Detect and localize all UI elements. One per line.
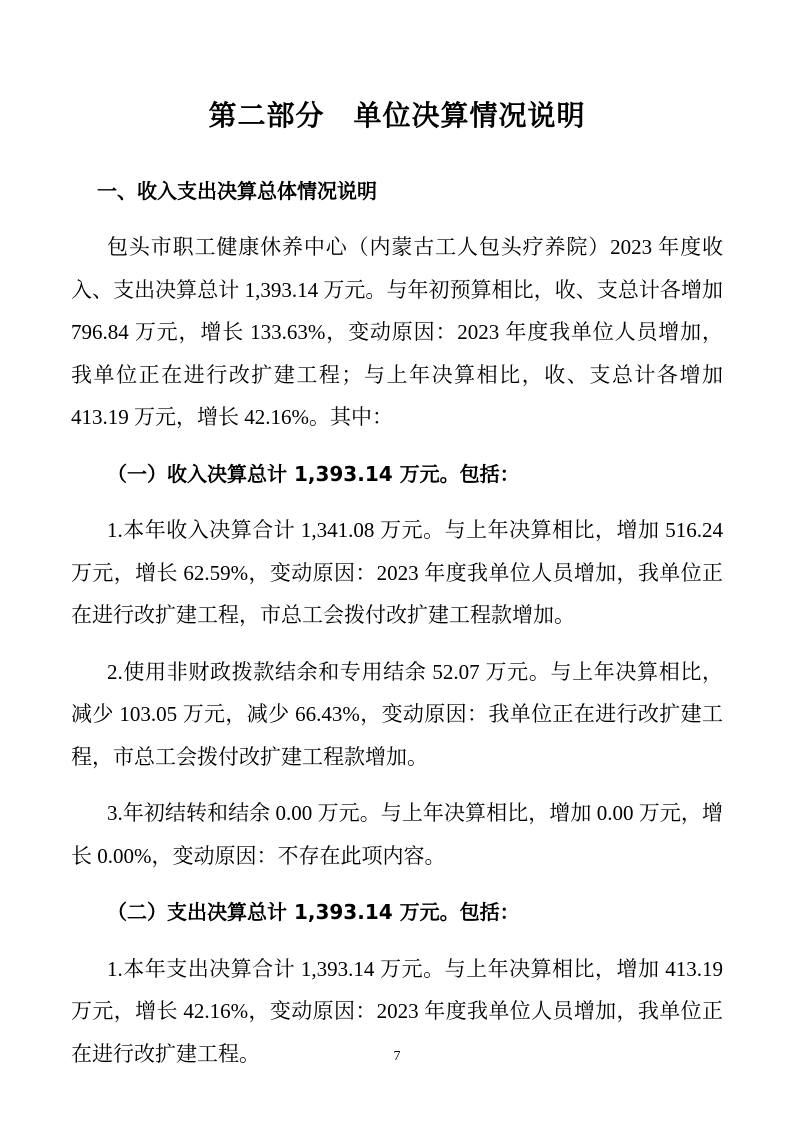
document-page: 第二部分 单位决算情况说明 一、收入支出决算总体情况说明 包头市职工健康休养中心… — [0, 0, 794, 1123]
paragraph-income-1: 1.本年收入决算合计 1,341.08 万元。与上年决算相比，增加 516.24… — [71, 509, 723, 637]
sub-heading-income-total: （一）收入决算总计 1,393.14 万元。包括： — [71, 453, 723, 496]
paragraph-overview: 包头市职工健康休养中心（内蒙古工人包头疗养院）2023 年度收入、支出决算总计 … — [71, 226, 723, 439]
document-title: 第二部分 单位决算情况说明 — [71, 94, 723, 138]
paragraph-income-2: 2.使用非财政拨款结余和专用结余 52.07 万元。与上年决算相比，减少 103… — [71, 651, 723, 779]
sub-heading-expense-total: （二）支出决算总计 1,393.14 万元。包括： — [71, 891, 723, 934]
section-heading-overview: 一、收入支出决算总体情况说明 — [71, 170, 723, 212]
document-content: 第二部分 单位决算情况说明 一、收入支出决算总体情况说明 包头市职工健康休养中心… — [0, 0, 794, 1075]
page-number: 7 — [0, 1049, 794, 1065]
paragraph-income-3: 3.年初结转和结余 0.00 万元。与上年决算相比，增加 0.00 万元，增长 … — [71, 792, 723, 877]
